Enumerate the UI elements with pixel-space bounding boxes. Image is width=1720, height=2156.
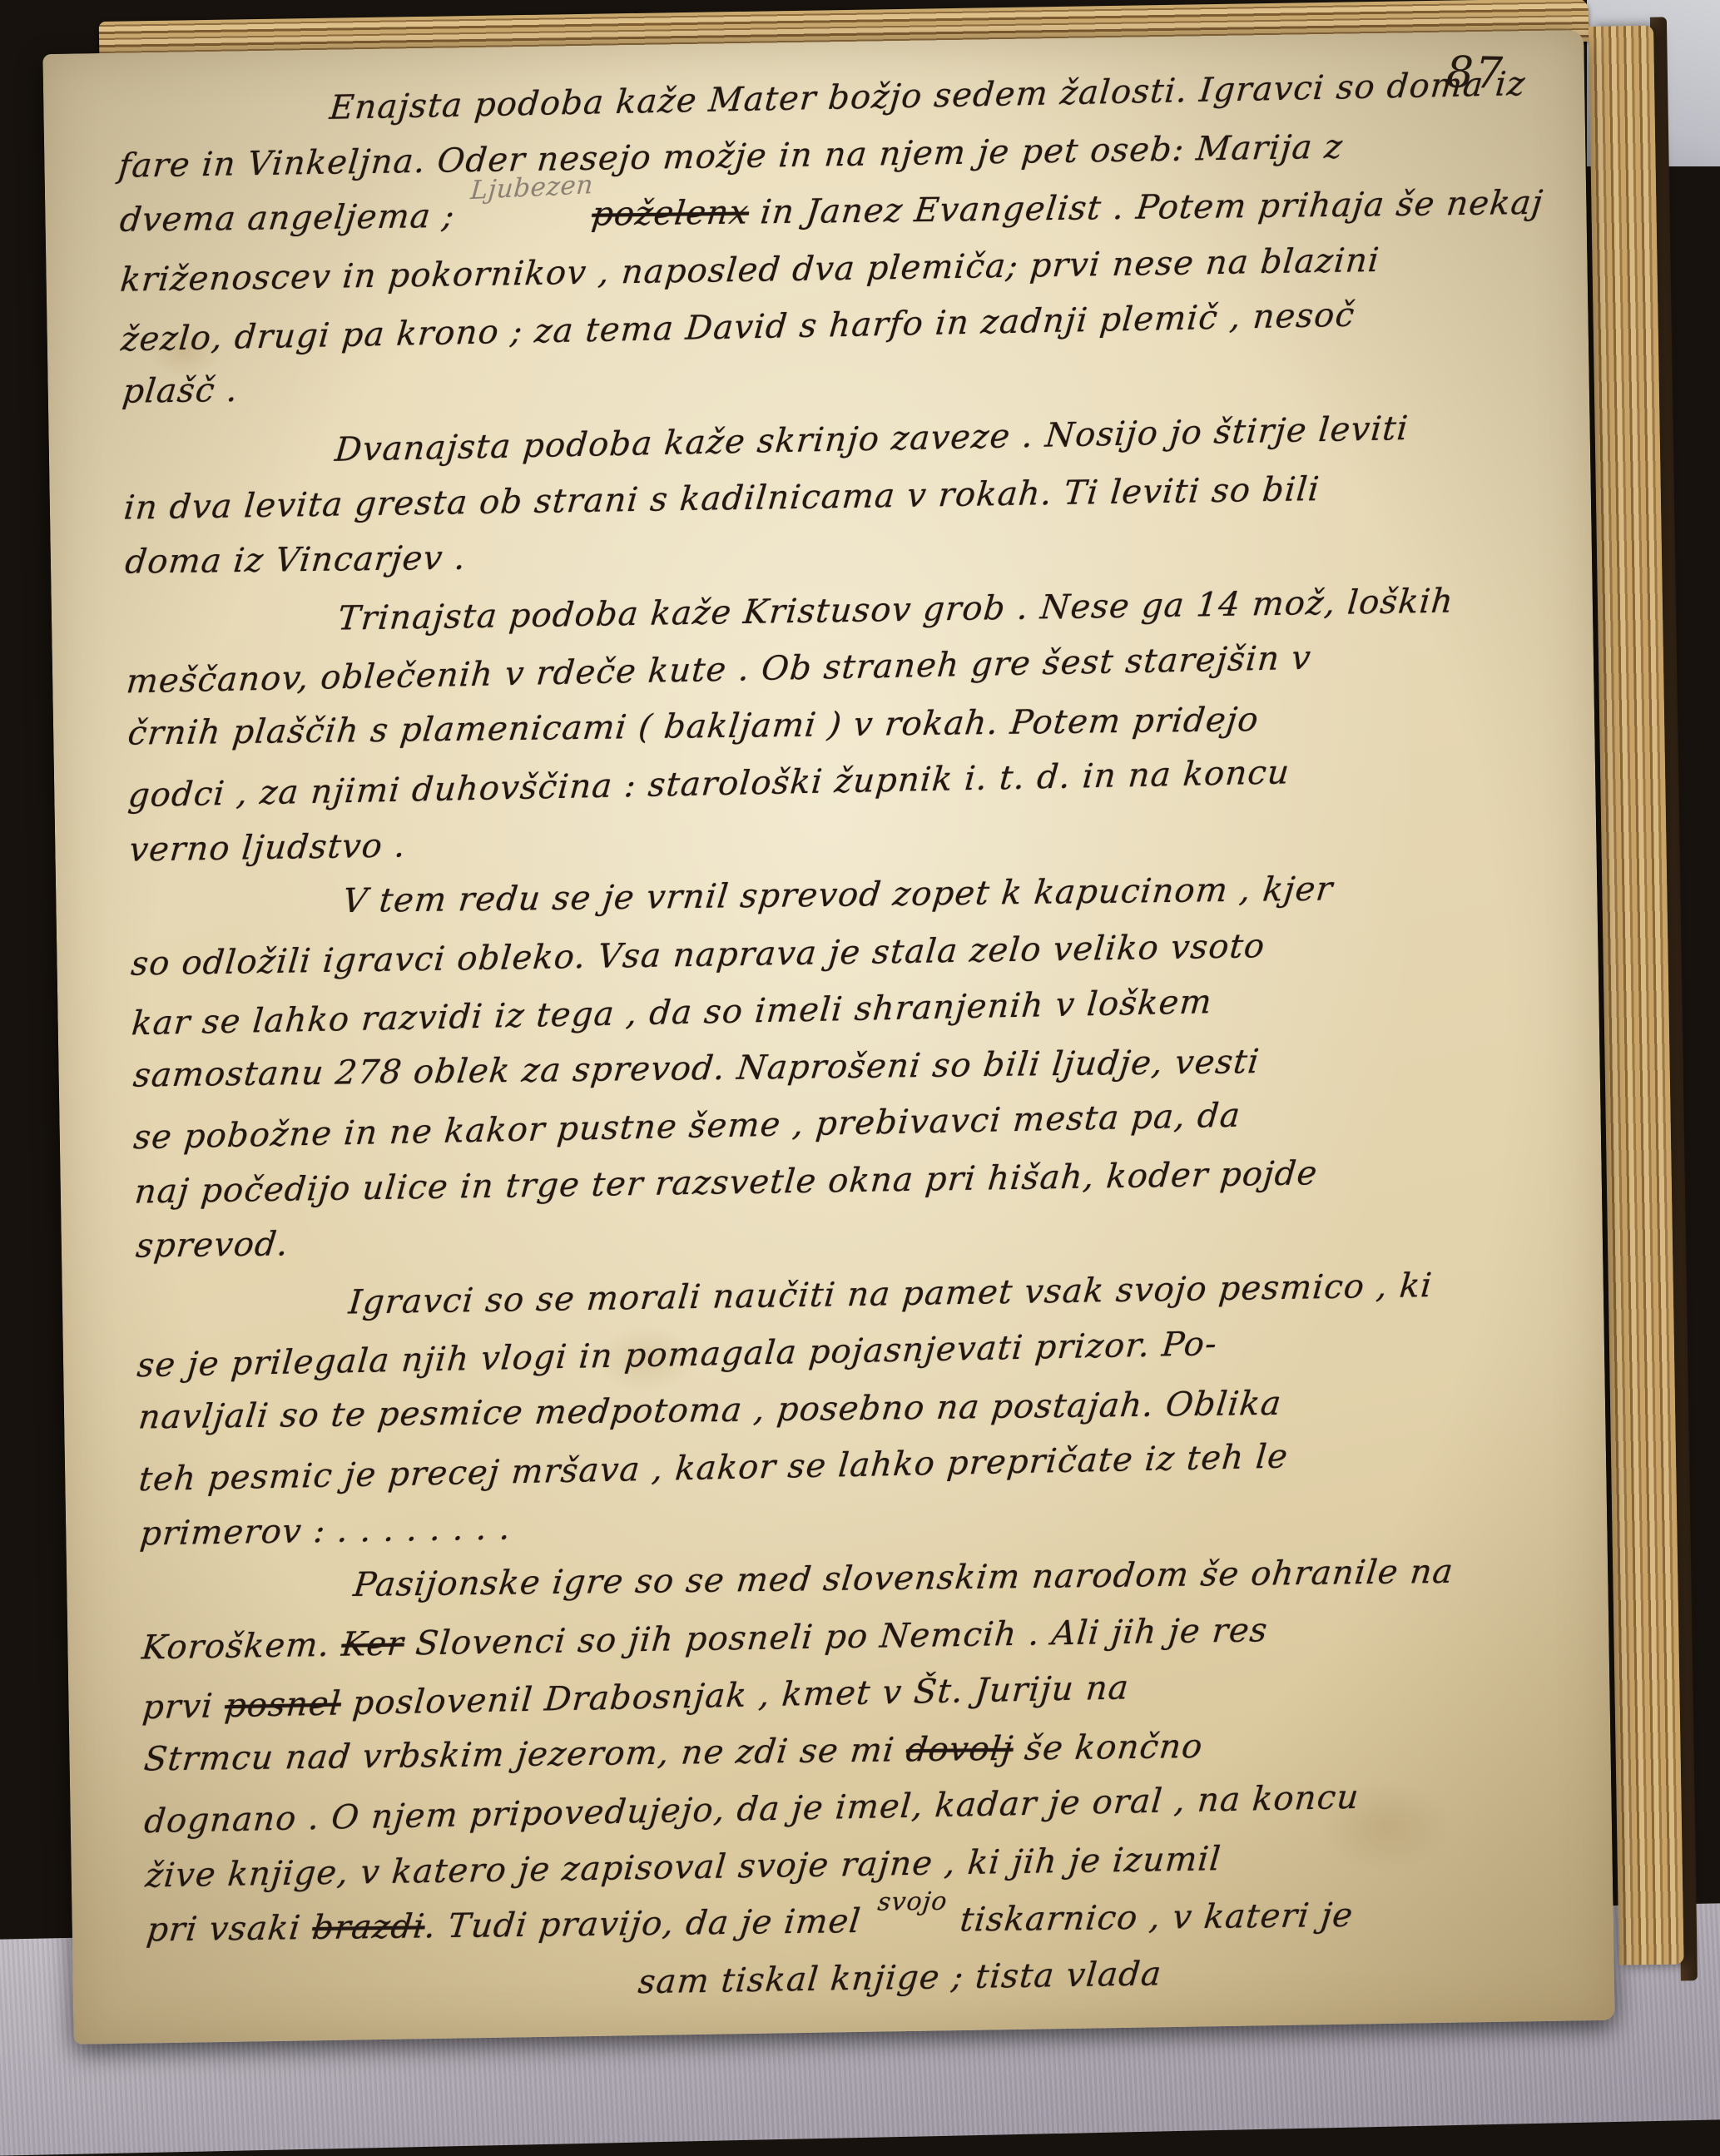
handwritten-text: primerov : . . . . . . . .	[138, 1509, 513, 1553]
photo-of-manuscript-page: { "manuscript": { "page_number": "87", "…	[0, 0, 1720, 2113]
open-book: 87 Enajsta podoba kaže Mater božjo sedem…	[0, 0, 1703, 2082]
handwritten-text: plašč .	[121, 370, 240, 410]
struck-out-word: Ker	[340, 1624, 405, 1663]
handwritten-text: prvi	[141, 1687, 226, 1727]
handwritten-text: sam tiskal knjige ; tista vlada	[637, 1955, 1163, 2001]
struck-out-word: dovolj	[904, 1729, 1015, 1769]
handwritten-text: sprevod.	[134, 1225, 291, 1265]
text-block: Enajsta podoba kaže Mater božjo sedem ža…	[116, 67, 1564, 2027]
handwritten-text: . Tudi pravijo, da je imel	[423, 1902, 875, 1946]
handwritten-text: so odložili igravci obleko. Vsa naprava …	[130, 927, 1267, 983]
handwritten-text: Enajsta podoba kaže Mater božjo sedem ža…	[328, 65, 1527, 127]
inserted-word: svojo	[876, 1887, 949, 1917]
handwritten-text: pri vsaki	[145, 1909, 315, 1950]
handwritten-text: še končno	[1011, 1727, 1205, 1767]
handwritten-text: verno ljudstvo .	[127, 826, 408, 869]
handwritten-text: tiskarnico , v kateri je	[947, 1896, 1356, 1940]
pencil-annotation: Ljubezen	[470, 170, 595, 206]
manuscript-page: 87 Enajsta podoba kaže Mater božjo sedem…	[42, 30, 1614, 2044]
handwritten-text: dvema angeljema ;	[118, 197, 468, 240]
struck-out-word: posnel	[223, 1684, 343, 1725]
handwritten-text: Koroškem.	[141, 1625, 344, 1667]
struck-out-word: poželenx	[590, 193, 751, 233]
handwritten-text: doma iz Vincarjev .	[123, 539, 468, 582]
struck-out-word: brazdi	[310, 1907, 427, 1947]
